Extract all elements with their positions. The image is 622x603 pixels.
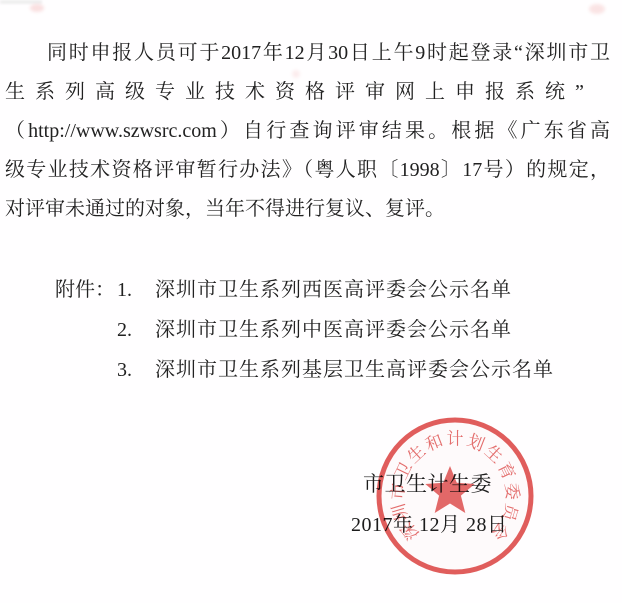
attachment-number: 3.: [117, 350, 155, 390]
paragraph-line-2: 生系列高级专业技术资格评审网上申报系统”: [5, 73, 610, 112]
body-paragraph: 同时申报人员可于2017年12月30日上午9时起登录“深圳市卫 生系列高级专业技…: [5, 34, 610, 229]
attachment-number: 1.: [117, 270, 155, 310]
paragraph-line-4: 级专业技术资格评审暂行办法》（粤人职〔1998〕17号）的规定，: [5, 151, 610, 190]
paragraph-line-5: 对评审未通过的对象，当年不得进行复议、复评。: [5, 190, 610, 229]
paragraph-line-3: （http://www.szwsrc.com）自行查询评审结果。根据《广东省高: [5, 112, 610, 151]
attachment-item: 2.深圳市卫生系列中医高评委会公示名单: [55, 310, 554, 350]
paragraph-line-1: 同时申报人员可于2017年12月30日上午9时起登录“深圳市卫: [5, 34, 610, 73]
attachment-item: 3.深圳市卫生系列基层卫生高评委会公示名单: [55, 350, 554, 390]
attachment-title: 深圳市卫生系列基层卫生高评委会公示名单: [155, 359, 554, 381]
attachment-number: 2.: [117, 310, 155, 350]
document-page: 同时申报人员可于2017年12月30日上午9时起登录“深圳市卫 生系列高级专业技…: [0, 0, 622, 603]
seal-character: 委: [502, 482, 522, 500]
attachments-label: 附件：: [55, 270, 117, 310]
scan-smudge: [30, 4, 44, 12]
attachments-list: 附件：1.深圳市卫生系列西医高评委会公示名单 2.深圳市卫生系列中医高评委会公示…: [55, 270, 554, 390]
attachment-title: 深圳市卫生系列中医高评委会公示名单: [155, 319, 512, 341]
scan-smudge: [589, 4, 605, 14]
seal-character: 计: [447, 430, 464, 449]
official-seal: 深圳市卫生和计划生育委员会: [355, 396, 555, 596]
seal-character: 市: [388, 482, 408, 500]
attachment-item: 附件：1.深圳市卫生系列西医高评委会公示名单: [55, 270, 554, 310]
attachment-title: 深圳市卫生系列西医高评委会公示名单: [155, 279, 512, 301]
